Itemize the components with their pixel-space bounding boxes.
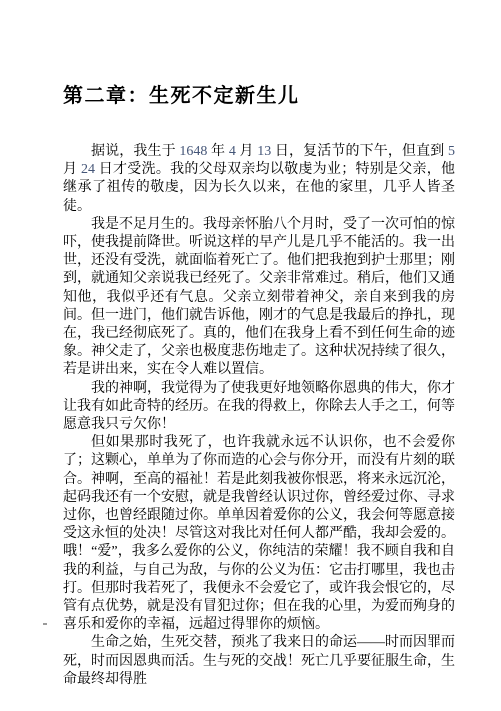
- paragraph-5: 生命之始，生死交替，预兆了我来日的命运——时而因罪而死，时而因恩典而活。生与死的…: [63, 634, 455, 689]
- text-segment: 月: [63, 162, 81, 177]
- text-segment: 生命之始，生死交替，预兆了我来日的命运——时而因罪而死，时而因恩典而活。生与死的…: [63, 635, 455, 686]
- text-segment: 我的神啊，我觉得为了使我更好地领略你恩典的伟大，你才让我有如此奇特的经历。在我的…: [63, 381, 455, 432]
- paragraph-3: 我的神啊，我觉得为了使我更好地领略你恩典的伟大，你才让我有如此奇特的经历。在我的…: [63, 380, 455, 435]
- text-segment: 日才受洗。我的父母双亲均以敬虔为业；特别是父亲，他继承了祖传的敬虔，因为长久以来…: [63, 162, 455, 213]
- date-number: 5: [448, 144, 455, 159]
- body-text: 据说，我生于 1648 年 4 月 13 日，复活节的下午，但直到 5 月 24…: [63, 143, 455, 689]
- stray-mark: [43, 623, 47, 625]
- date-number: 13: [257, 144, 271, 159]
- text-segment: 但如果那时我死了，也许我就永远不认识你，也不会爱你了；这颗心，单单为了你而造的心…: [63, 435, 455, 632]
- paragraph-1: 据说，我生于 1648 年 4 月 13 日，复活节的下午，但直到 5 月 24…: [63, 143, 455, 216]
- paragraph-4: 但如果那时我死了，也许我就永远不认识你，也不会爱你了；这颗心，单单为了你而造的心…: [63, 434, 455, 634]
- date-number: 24: [81, 162, 95, 177]
- text-segment: 我是不足月生的。我母亲怀胎八个月时，受了一次可怕的惊吓，使我提前降世。听说这样的…: [63, 217, 455, 378]
- text-segment: 月: [236, 144, 257, 159]
- text-segment: 日，复活节的下午，但直到: [271, 144, 448, 159]
- paragraph-2: 我是不足月生的。我母亲怀胎八个月时，受了一次可怕的惊吓，使我提前降世。听说这样的…: [63, 216, 455, 380]
- text-segment: 年: [207, 144, 228, 159]
- date-number: 4: [229, 144, 236, 159]
- text-segment: 据说，我生于: [91, 144, 179, 159]
- document-page: 第二章：生死不定新生儿 据说，我生于 1648 年 4 月 13 日，复活节的下…: [0, 0, 501, 711]
- chapter-title: 第二章：生死不定新生儿: [63, 82, 300, 108]
- date-number: 1648: [179, 144, 207, 159]
